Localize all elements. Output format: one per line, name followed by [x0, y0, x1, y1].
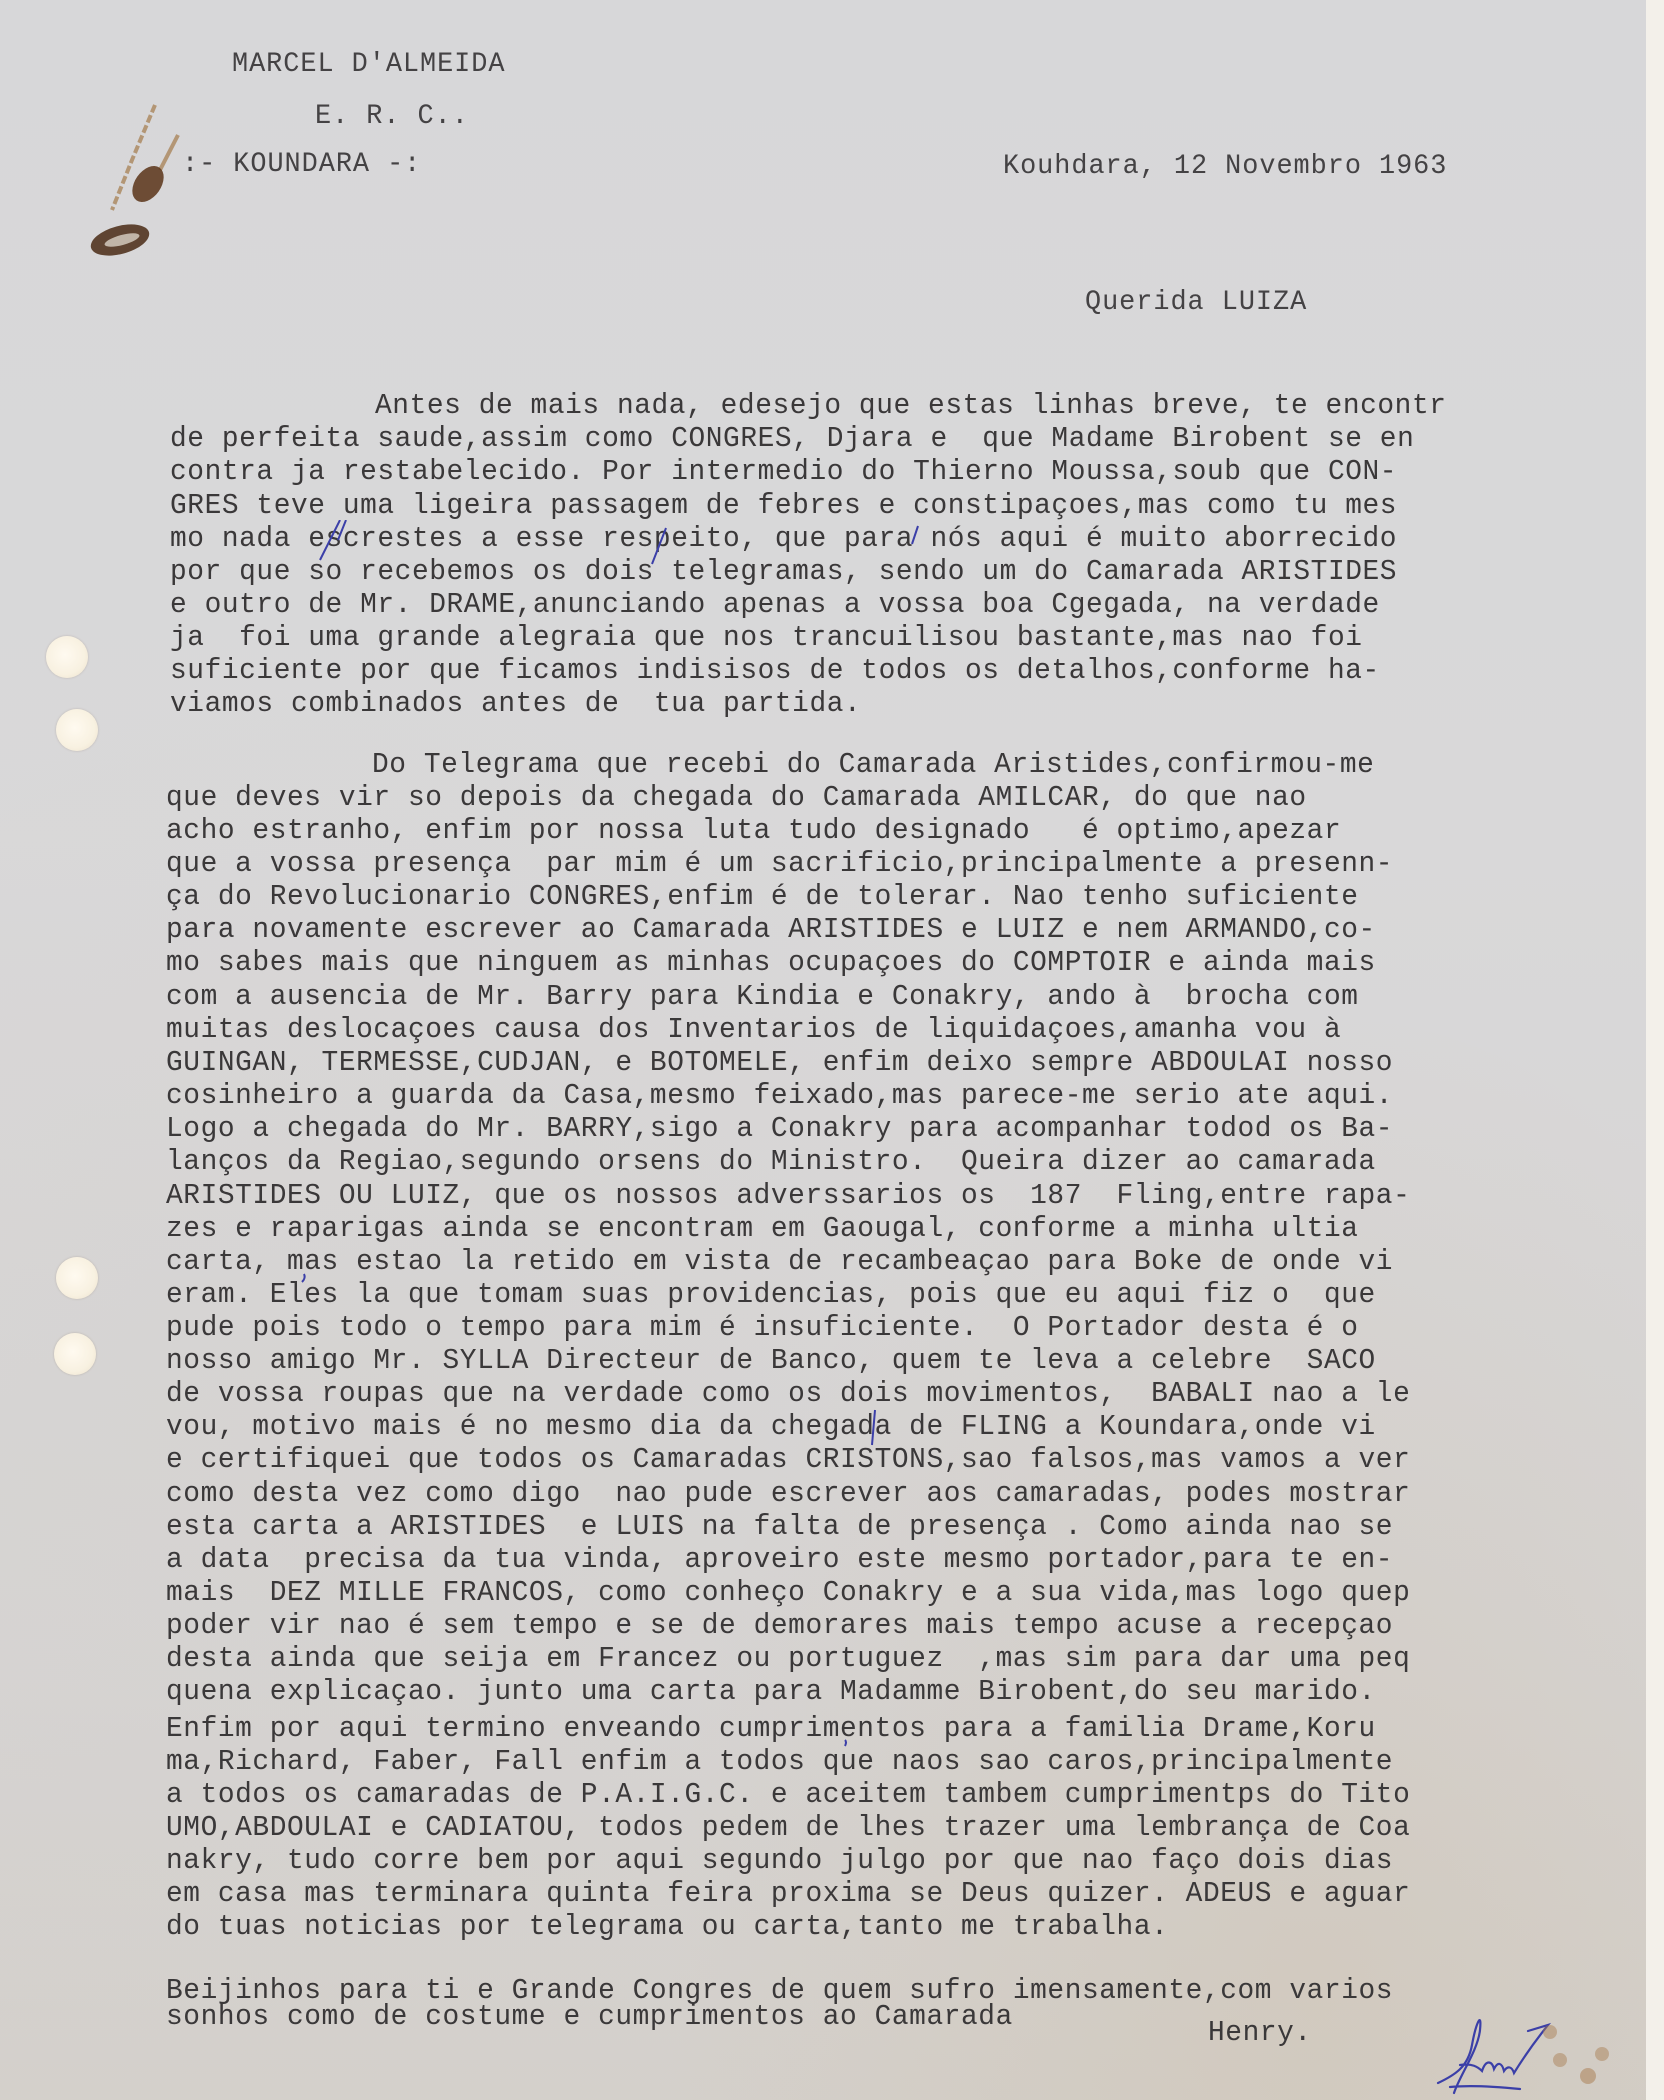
body-line: nakry, tudo corre bem por aqui segundo j… [166, 1844, 1393, 1878]
body-line: de perfeita saude,assim como CONGRES, Dj… [170, 422, 1414, 456]
page-edge [1646, 0, 1664, 2100]
body-line: ma,Richard, Faber, Fall enfim a todos qu… [166, 1745, 1393, 1779]
signature-name: Henry. [1208, 2016, 1312, 2050]
punch-hole [56, 1257, 98, 1299]
place-date: Kouhdara, 12 Novembro 1963 [1003, 150, 1447, 184]
salutation: Querida LUIZA [1085, 286, 1307, 320]
punch-hole [54, 1333, 96, 1375]
body-line: em casa mas terminara quinta feira proxi… [166, 1877, 1410, 1911]
sender-place: :- KOUNDARA -: [182, 148, 421, 182]
punch-hole [56, 709, 98, 751]
body-line: contra ja restabelecido. Por intermedio … [170, 455, 1397, 489]
pen-corrections-icon [300, 520, 1600, 1750]
body-line: do tuas noticias por telegrama ou carta,… [166, 1910, 1168, 1944]
sender-name: MARCEL D'ALMEIDA [232, 48, 505, 82]
sender-org: E. R. C.. [315, 100, 469, 134]
body-line: Antes de mais nada, edesejo que estas li… [375, 389, 1447, 423]
closing-line: sonhos como de costume e cumprimentos ao… [166, 2000, 1013, 2034]
body-line: GRES teve uma ligeira passagem de febres… [170, 489, 1397, 523]
body-line: a todos os camaradas de P.A.I.G.C. e ace… [166, 1778, 1410, 1812]
body-line: UMO,ABDOULAI e CADIATOU, todos pedem de … [166, 1811, 1410, 1845]
punch-hole [46, 636, 88, 678]
stain-spots-icon [1530, 2010, 1620, 2090]
rust-stain-icon [60, 100, 180, 260]
